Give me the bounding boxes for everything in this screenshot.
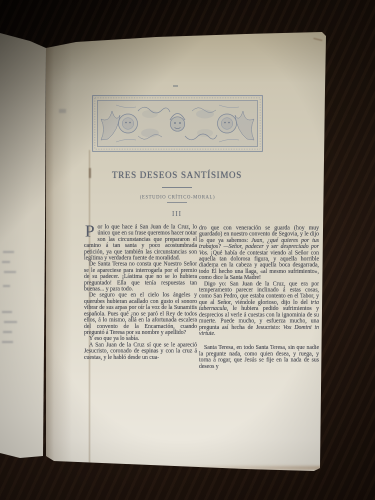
photo-background: TRES DESEOS SANTÍSIMOS (ESTUDIO CRÍTICO-… <box>0 0 375 500</box>
paragraph-text: or lo que hace á San Juan de la Cruz, lo… <box>84 224 197 261</box>
paragraph: De seguro que en el cielo los ángeles y … <box>84 292 197 335</box>
page-title: TRES DESEOS SANTÍSIMOS <box>51 170 303 180</box>
book-page: TRES DESEOS SANTÍSIMOS (ESTUDIO CRÍTICO-… <box>46 30 332 474</box>
title-divider-rule <box>162 187 192 188</box>
drop-cap-initial: P <box>84 225 96 242</box>
aged-page-edge-right <box>323 288 326 457</box>
corner-fold-mark <box>313 33 323 41</box>
paragraph: Digo yo: San Juan de la Cruz, que era po… <box>199 281 319 337</box>
paragraph: Por lo que hace á San Juan de la Cruz, l… <box>84 224 197 261</box>
subtitle-divider-rule <box>167 202 187 203</box>
press-mark <box>173 85 178 87</box>
section-number: III <box>51 210 303 218</box>
paragraph-text: . <box>214 330 215 336</box>
margin-smudge <box>59 109 66 113</box>
paragraph-text: ¡Qué había de contestar viendo al Señor … <box>199 250 319 281</box>
text-column-left: Por lo que hace á San Juan de la Cruz, l… <box>84 224 197 360</box>
paragraph: dro que con veneración se guarda (hoy mu… <box>199 225 319 281</box>
headpiece-ornament-icon <box>92 95 263 152</box>
gutter-shadow <box>46 40 72 470</box>
paragraph: De Santa Teresa no consta que Nuestro Se… <box>84 261 197 292</box>
aged-page-edge-bottom <box>143 466 328 470</box>
paragraph: A San Juan de la Cruz sí que se le apare… <box>84 342 197 361</box>
page-subtitle: (ESTUDIO CRÍTICO-MORAL) <box>139 194 214 200</box>
left-book-page <box>0 33 46 460</box>
paragraph-text: Digo yo: San Juan de la Cruz, que era po… <box>199 281 319 306</box>
paragraph: Santa Teresa, en todo Santa Teresa, sin … <box>199 345 319 370</box>
text-column-right: dro que con veneración se guarda (hoy mu… <box>199 225 319 369</box>
subtitle-row: (ESTUDIO CRÍTICO-MORAL) <box>51 189 303 207</box>
